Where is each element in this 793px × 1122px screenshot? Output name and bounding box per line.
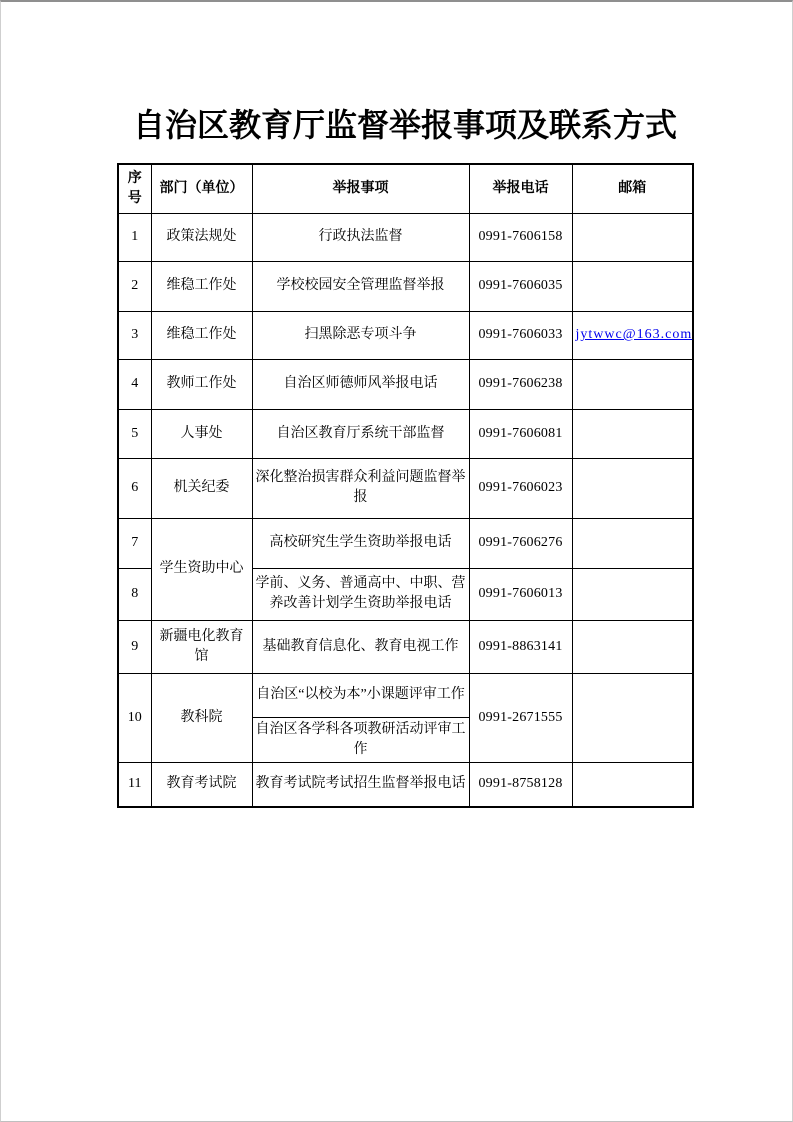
email-cell: jytwwc@163.com <box>572 311 693 359</box>
dept-cell: 维稳工作处 <box>151 261 252 311</box>
dept-cell: 人事处 <box>151 409 252 458</box>
col-header-matter: 举报事项 <box>252 164 469 213</box>
phone-cell: 0991-7606238 <box>469 359 572 409</box>
document-page: 自治区教育厅监督举报事项及联系方式 序号 部门（单位） 举报事项 举报电话 邮箱… <box>0 0 793 1122</box>
table-row: 1 政策法规处 行政执法监督 0991-7606158 <box>118 213 693 261</box>
table-header-row: 序号 部门（单位） 举报事项 举报电话 邮箱 <box>118 164 693 213</box>
phone-cell: 0991-7606033 <box>469 311 572 359</box>
col-header-no: 序号 <box>118 164 151 213</box>
col-header-email: 邮箱 <box>572 164 693 213</box>
report-table: 序号 部门（单位） 举报事项 举报电话 邮箱 1 政策法规处 行政执法监督 09… <box>117 163 694 808</box>
row-number-cell: 6 <box>118 458 151 518</box>
dept-cell: 政策法规处 <box>151 213 252 261</box>
matter-cell: 教育考试院考试招生监督举报电话 <box>252 762 469 807</box>
row-number-cell: 8 <box>118 568 151 620</box>
matter-cell: 自治区“以校为本”小课题评审工作 <box>252 673 469 717</box>
row-number-cell: 5 <box>118 409 151 458</box>
matter-cell: 学前、义务、普通高中、中职、营养改善计划学生资助举报电话 <box>252 568 469 620</box>
matter-cell: 高校研究生学生资助举报电话 <box>252 518 469 568</box>
matter-cell: 扫黑除恶专项斗争 <box>252 311 469 359</box>
phone-cell: 0991-7606081 <box>469 409 572 458</box>
phone-cell: 0991-7606035 <box>469 261 572 311</box>
email-cell <box>572 261 693 311</box>
phone-cell: 0991-7606158 <box>469 213 572 261</box>
col-header-phone: 举报电话 <box>469 164 572 213</box>
dept-cell: 教育考试院 <box>151 762 252 807</box>
dept-cell: 学生资助中心 <box>151 518 252 620</box>
table-row: 3 维稳工作处 扫黑除恶专项斗争 0991-7606033 jytwwc@163… <box>118 311 693 359</box>
dept-cell: 维稳工作处 <box>151 311 252 359</box>
dept-cell: 教师工作处 <box>151 359 252 409</box>
row-number-cell: 2 <box>118 261 151 311</box>
row-number-cell: 3 <box>118 311 151 359</box>
email-cell <box>572 409 693 458</box>
email-link[interactable]: jytwwc@163.com <box>576 327 693 342</box>
table-row: 9 新疆电化教育馆 基础教育信息化、教育电视工作 0991-8863141 <box>118 620 693 673</box>
col-header-dept: 部门（单位） <box>151 164 252 213</box>
matter-cell: 自治区各学科各项教研活动评审工作 <box>252 717 469 762</box>
table-row: 11 教育考试院 教育考试院考试招生监督举报电话 0991-8758128 <box>118 762 693 807</box>
table-row: 5 人事处 自治区教育厅系统干部监督 0991-7606081 <box>118 409 693 458</box>
page-title: 自治区教育厅监督举报事项及联系方式 <box>117 2 693 146</box>
row-number-cell: 1 <box>118 213 151 261</box>
email-cell <box>572 762 693 807</box>
phone-cell: 0991-7606023 <box>469 458 572 518</box>
table-row: 4 教师工作处 自治区师德师风举报电话 0991-7606238 <box>118 359 693 409</box>
phone-cell: 0991-2671555 <box>469 673 572 762</box>
table-row: 10 教科院 自治区“以校为本”小课题评审工作 0991-2671555 <box>118 673 693 717</box>
matter-cell: 行政执法监督 <box>252 213 469 261</box>
email-cell <box>572 359 693 409</box>
phone-cell: 0991-7606013 <box>469 568 572 620</box>
matter-cell: 基础教育信息化、教育电视工作 <box>252 620 469 673</box>
table-row: 2 维稳工作处 学校校园安全管理监督举报 0991-7606035 <box>118 261 693 311</box>
matter-cell: 自治区师德师风举报电话 <box>252 359 469 409</box>
document-content: 自治区教育厅监督举报事项及联系方式 序号 部门（单位） 举报事项 举报电话 邮箱… <box>117 2 693 808</box>
row-number-cell: 4 <box>118 359 151 409</box>
phone-cell: 0991-8863141 <box>469 620 572 673</box>
matter-cell: 自治区教育厅系统干部监督 <box>252 409 469 458</box>
email-cell <box>572 518 693 568</box>
email-cell <box>572 213 693 261</box>
email-cell <box>572 620 693 673</box>
row-number-cell: 7 <box>118 518 151 568</box>
matter-cell: 深化整治损害群众利益问题监督举报 <box>252 458 469 518</box>
email-cell <box>572 673 693 762</box>
dept-cell: 教科院 <box>151 673 252 762</box>
phone-cell: 0991-7606276 <box>469 518 572 568</box>
row-number-cell: 9 <box>118 620 151 673</box>
dept-cell: 新疆电化教育馆 <box>151 620 252 673</box>
row-number-cell: 10 <box>118 673 151 762</box>
matter-cell: 学校校园安全管理监督举报 <box>252 261 469 311</box>
email-cell <box>572 568 693 620</box>
table-row: 7 学生资助中心 高校研究生学生资助举报电话 0991-7606276 <box>118 518 693 568</box>
phone-cell: 0991-8758128 <box>469 762 572 807</box>
table-row: 6 机关纪委 深化整治损害群众利益问题监督举报 0991-7606023 <box>118 458 693 518</box>
row-number-cell: 11 <box>118 762 151 807</box>
dept-cell: 机关纪委 <box>151 458 252 518</box>
email-cell <box>572 458 693 518</box>
